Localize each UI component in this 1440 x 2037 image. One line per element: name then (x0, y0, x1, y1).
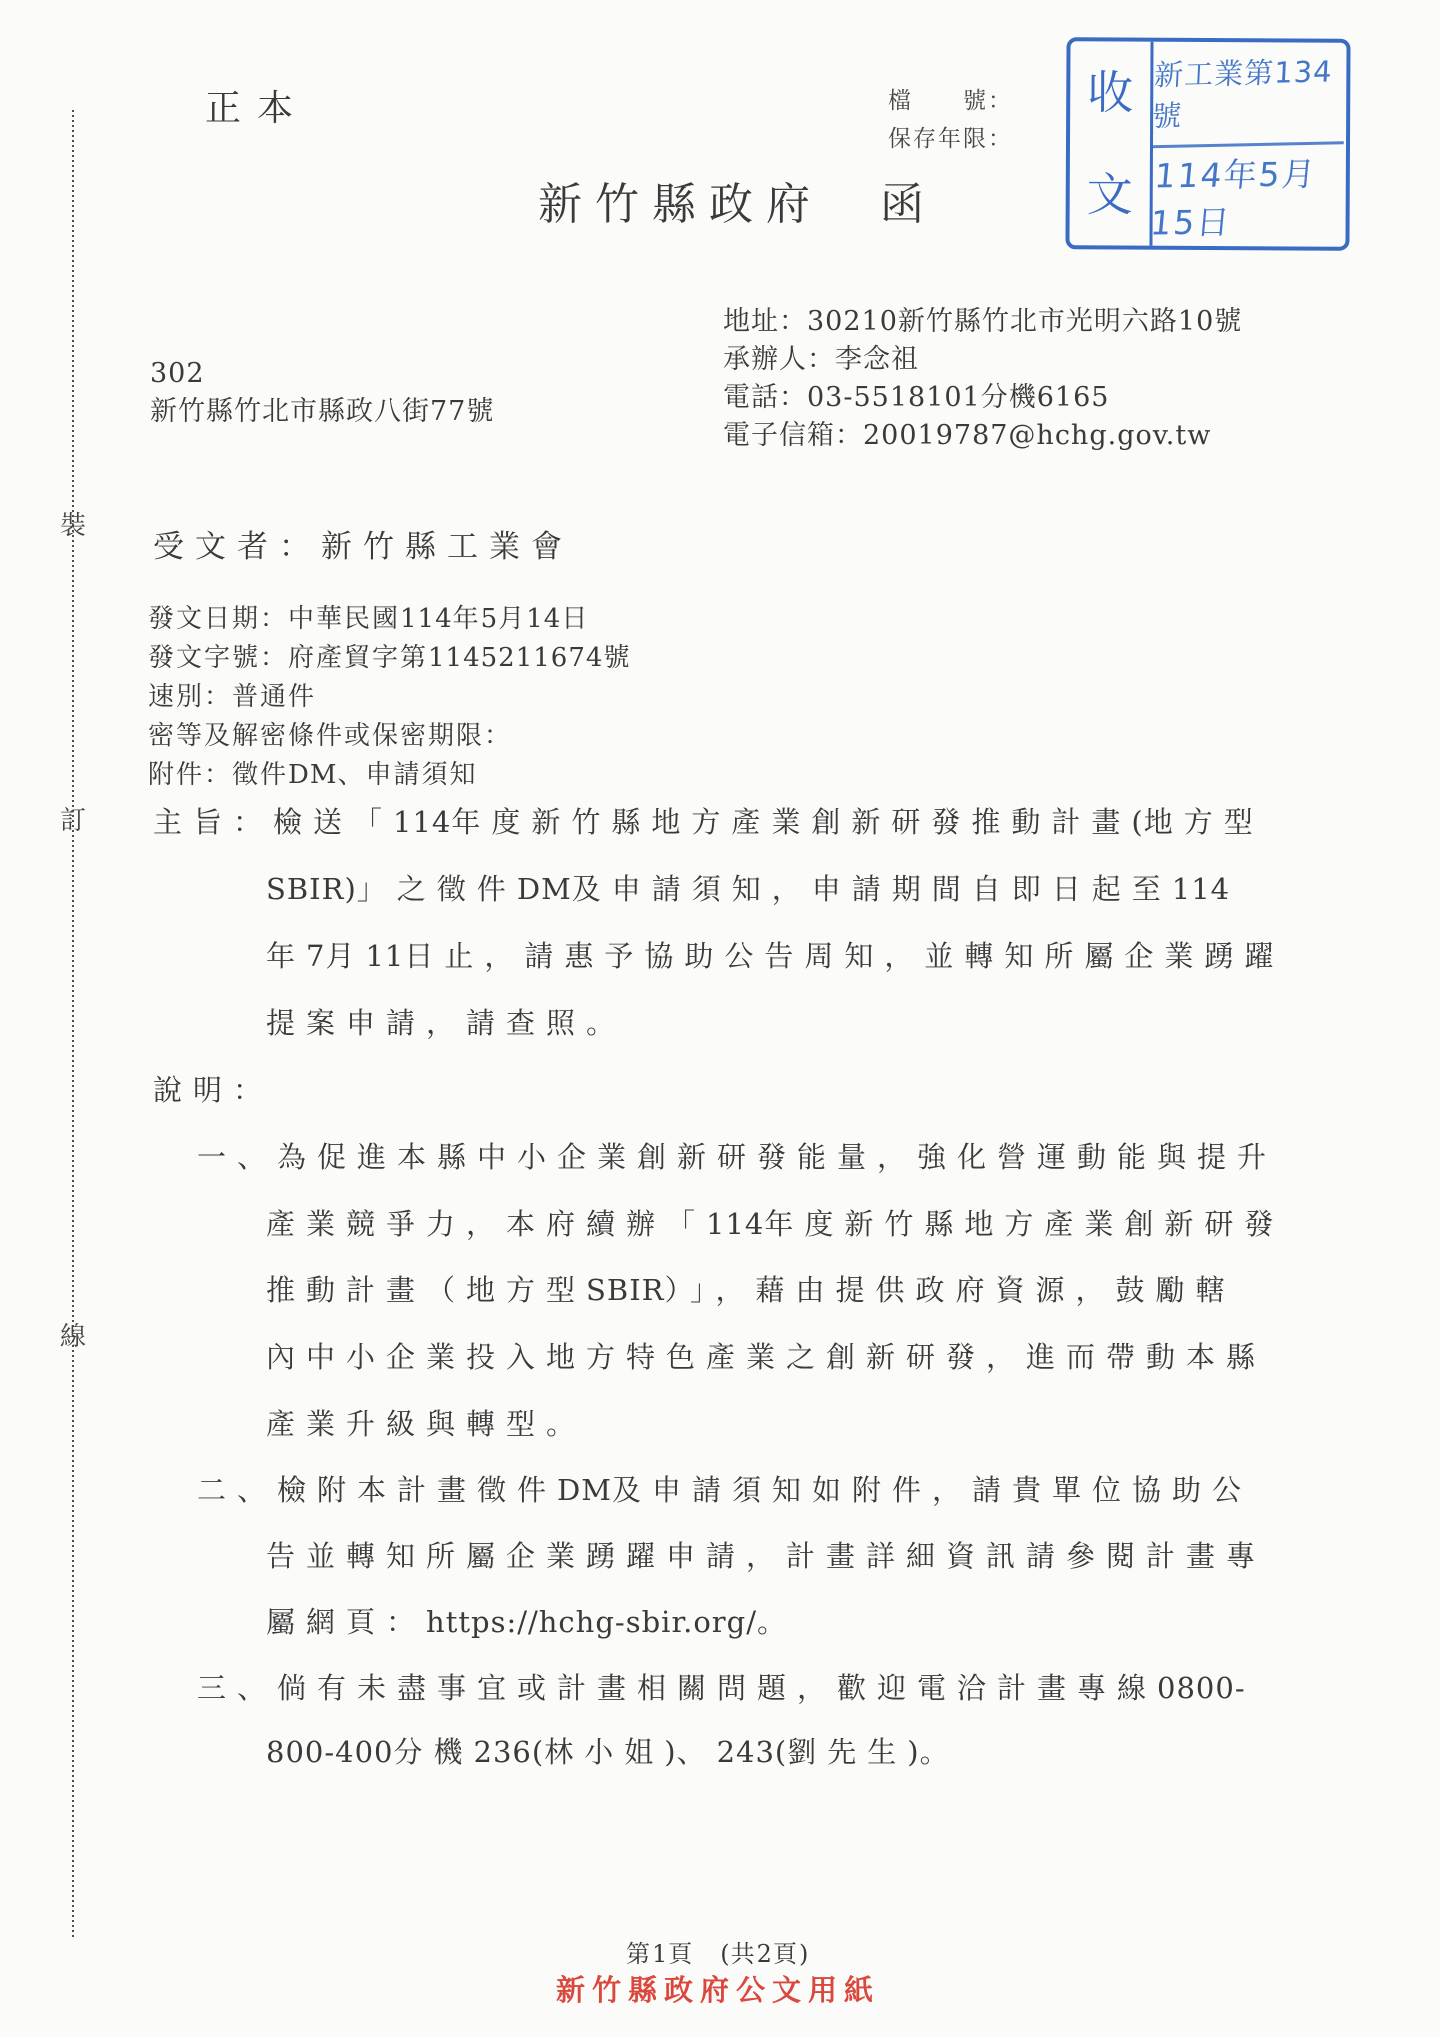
sender-address: 地址：30210新竹縣竹北市光明六路10號 (723, 306, 1242, 337)
official-paper-name: 新竹縣政府公文用紙 (556, 1974, 880, 2007)
explanation-item1-line: 內中小企業投入地方特色產業之創新研發，進而帶動本縣 (266, 1341, 1266, 1374)
recipient-street: 新竹縣竹北市縣政八街77號 (150, 396, 494, 427)
sender-email: 電子信箱：20019787@hchg.gov.tw (723, 420, 1211, 451)
binding-dotted-line (72, 110, 74, 1940)
subject-line: SBIR)」之徵件DM及申請須知，申請期間自即日起至114 (266, 873, 1230, 906)
file-number-label: 檔 號： (888, 88, 1013, 114)
explanation-item3-line: 800-400分機236(林小姐)、243(劉先生)。 (266, 1736, 960, 1769)
explanation-item2-line: 二、檢附本計畫徵件DM及申請須知如附件，請貴單位協助公 (197, 1474, 1252, 1507)
binding-char-ding: 訂 (58, 800, 88, 837)
sender-officer: 承辦人：李念祖 (723, 344, 919, 375)
retention-period-label: 保存年限： (888, 126, 1013, 152)
explanation-item1-line: 推動計畫（地方型SBIR）」，藉由提供政府資源，鼓勵轄 (266, 1274, 1236, 1307)
copy-type-label: 正本 (205, 88, 309, 129)
explanation-item1-line: 一、為促進本縣中小企業創新研發能量，強化營運動能與提升 (197, 1141, 1277, 1174)
document-title: 新竹縣政府 函 (538, 180, 937, 231)
subject-line: 年7月11日止，請惠予協助公告周知，並轉知所屬企業踴躍 (266, 940, 1284, 973)
scanned-official-letter: { "colors": { "ink": "#3a3a3a", "stamp_b… (0, 0, 1440, 2037)
explanation-item1-line: 產業競爭力，本府續辦「114年度新竹縣地方產業創新研發 (266, 1208, 1284, 1241)
subject-line: 主旨：檢送「114年度新竹縣地方產業創新研發推動計畫(地方型 (153, 806, 1264, 839)
explanation-item2-line: 屬網頁：https://hchg-sbir.org/。 (266, 1606, 797, 1639)
received-stamp: 收 文 新工業第134號 114年5月15日 (1065, 37, 1350, 250)
recipient-postal-code: 302 (150, 358, 205, 389)
sender-phone: 電話：03-5518101分機6165 (723, 382, 1109, 413)
stamp-label-shou: 收 (1087, 69, 1133, 115)
explanation-item1-line: 產業升級與轉型。 (266, 1408, 586, 1441)
binding-char-xian: 線 (58, 1316, 88, 1353)
meta-attachment: 附件：徵件DM、申請須知 (148, 761, 478, 791)
stamp-received-column: 收 文 (1069, 41, 1153, 245)
explanation-item3-line: 三、倘有未盡事宜或計畫相關問題，歡迎電洽計畫專線0800- (197, 1672, 1246, 1705)
stamp-received-date: 114年5月15日 (1148, 144, 1350, 247)
explanation-item2-line: 告並轉知所屬企業踴躍申請，計畫詳細資訊請參閱計畫專 (266, 1540, 1266, 1573)
explanation-heading: 說明： (153, 1074, 273, 1107)
stamp-doc-number: 新工業第134號 (1151, 40, 1349, 148)
stamp-label-wen: 文 (1087, 171, 1133, 217)
stamp-handwritten-column: 新工業第134號 114年5月15日 (1152, 42, 1346, 247)
meta-speed: 速別：普通件 (148, 683, 316, 713)
binding-char-zhuang: 裝 (58, 505, 88, 542)
recipient-line: 受文者：新竹縣工業會 (153, 530, 573, 566)
meta-issue-date: 發文日期：中華民國114年5月14日 (148, 605, 589, 635)
page-indicator: 第1頁 (共2頁) (626, 1941, 809, 1969)
subject-line: 提案申請，請查照。 (266, 1007, 626, 1040)
meta-doc-number: 發文字號：府產貿字第1145211674號 (148, 644, 631, 674)
meta-security: 密等及解密條件或保密期限： (148, 722, 512, 752)
